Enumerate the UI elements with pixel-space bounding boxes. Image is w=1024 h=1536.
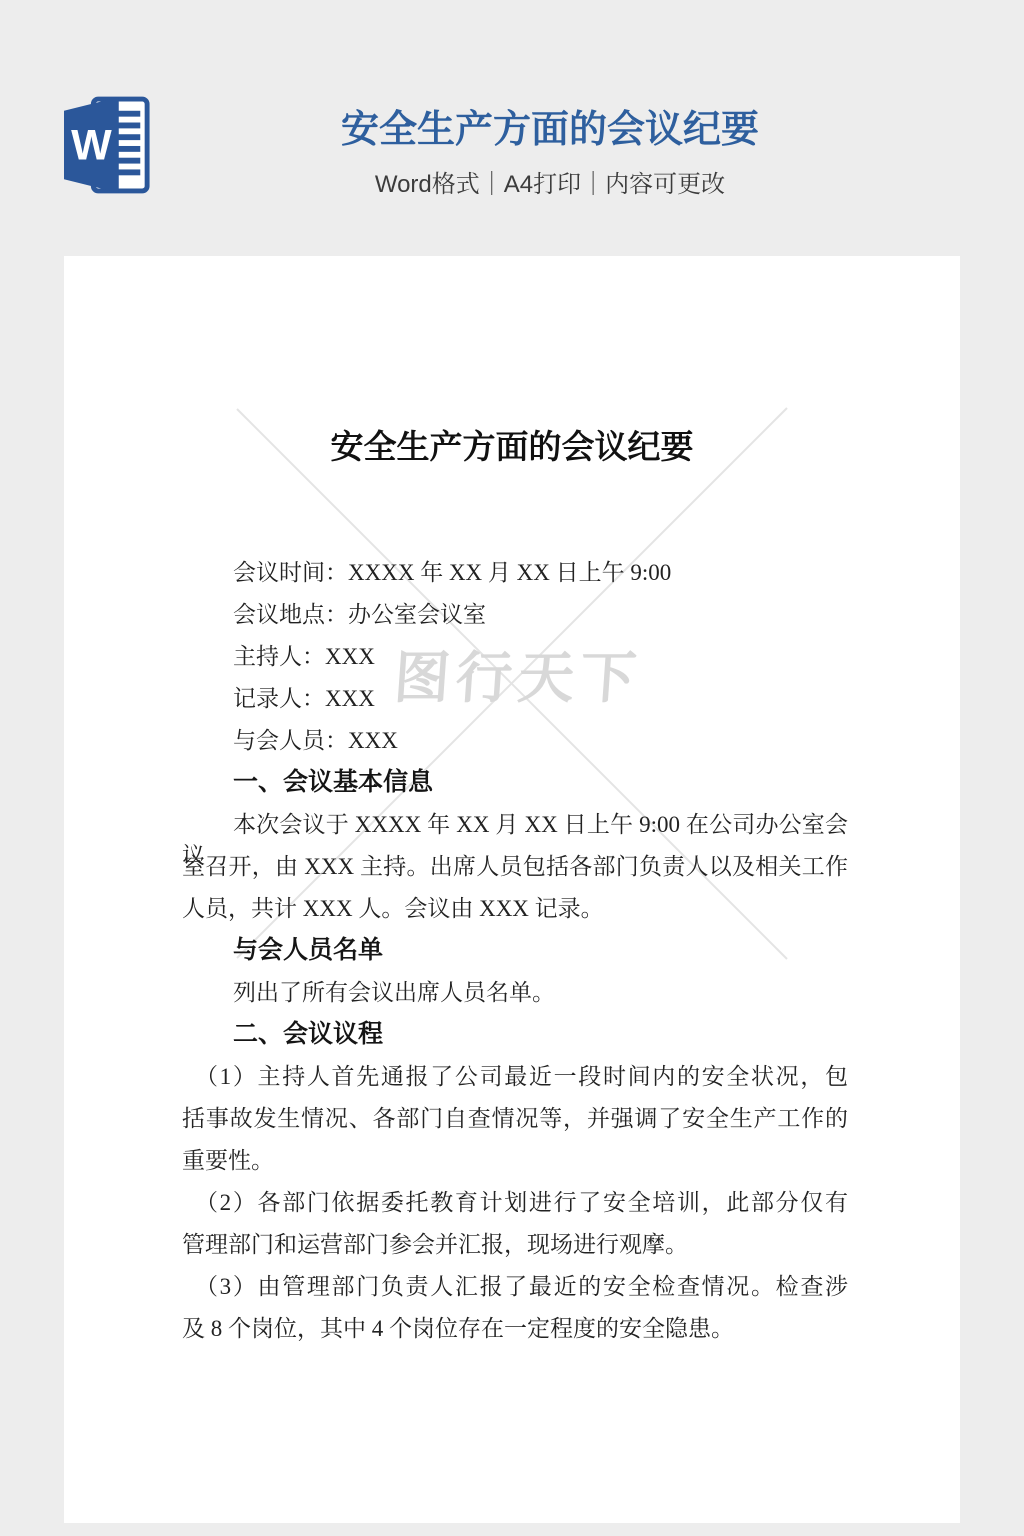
doc-line: 二、会议议程: [182, 1019, 848, 1061]
doc-line: 与会人员名单: [182, 935, 848, 977]
doc-line: 括事故发生情况、各部门自查情况等，并强调了安全生产工作的: [182, 1103, 848, 1145]
doc-line: （3）由管理部门负责人汇报了最近的安全检查情况。检查涉: [182, 1271, 848, 1313]
header-title: 安全生产方面的会议纪要: [76, 109, 1024, 151]
header: W 安全生产方面的会议纪要 Word格式｜A4打印｜内容可更改: [0, 0, 1024, 256]
doc-line: 一、会议基本信息: [182, 767, 848, 809]
document-page: 图行天下 安全生产方面的会议纪要 会议时间：XXXX 年 XX 月 XX 日上午…: [64, 256, 960, 1523]
doc-line: 列出了所有会议出席人员名单。: [182, 977, 848, 1019]
doc-line: 及 8 个岗位，其中 4 个岗位存在一定程度的安全隐患。: [182, 1313, 848, 1355]
doc-line: 本次会议于 XXXX 年 XX 月 XX 日上午 9:00 在公司办公室会议: [182, 809, 848, 851]
page-background: W 安全生产方面的会议纪要 Word格式｜A4打印｜内容可更改 图行天下 安全生…: [0, 0, 1024, 1536]
doc-line: （2）各部门依据委托教育计划进行了安全培训，此部分仅有: [182, 1187, 848, 1229]
document-title: 安全生产方面的会议纪要: [64, 428, 960, 468]
doc-line: 室召开，由 XXX 主持。出席人员包括各部门负责人以及相关工作: [182, 851, 848, 893]
doc-line: 与会人员：XXX: [182, 725, 848, 767]
doc-line: 管理部门和运营部门参会并汇报，现场进行观摩。: [182, 1229, 848, 1271]
doc-line: 会议时间：XXXX 年 XX 月 XX 日上午 9:00: [182, 557, 848, 599]
doc-line: 主持人：XXX: [182, 641, 848, 683]
doc-line: 重要性。: [182, 1145, 848, 1187]
header-subtitle: Word格式｜A4打印｜内容可更改: [76, 170, 1024, 200]
doc-line: 会议地点：办公室会议室: [182, 599, 848, 641]
doc-line: 记录人：XXX: [182, 683, 848, 725]
doc-line: （1）主持人首先通报了公司最近一段时间内的安全状况，包: [182, 1061, 848, 1103]
doc-line: 人员，共计 XXX 人。会议由 XXX 记录。: [182, 893, 848, 935]
